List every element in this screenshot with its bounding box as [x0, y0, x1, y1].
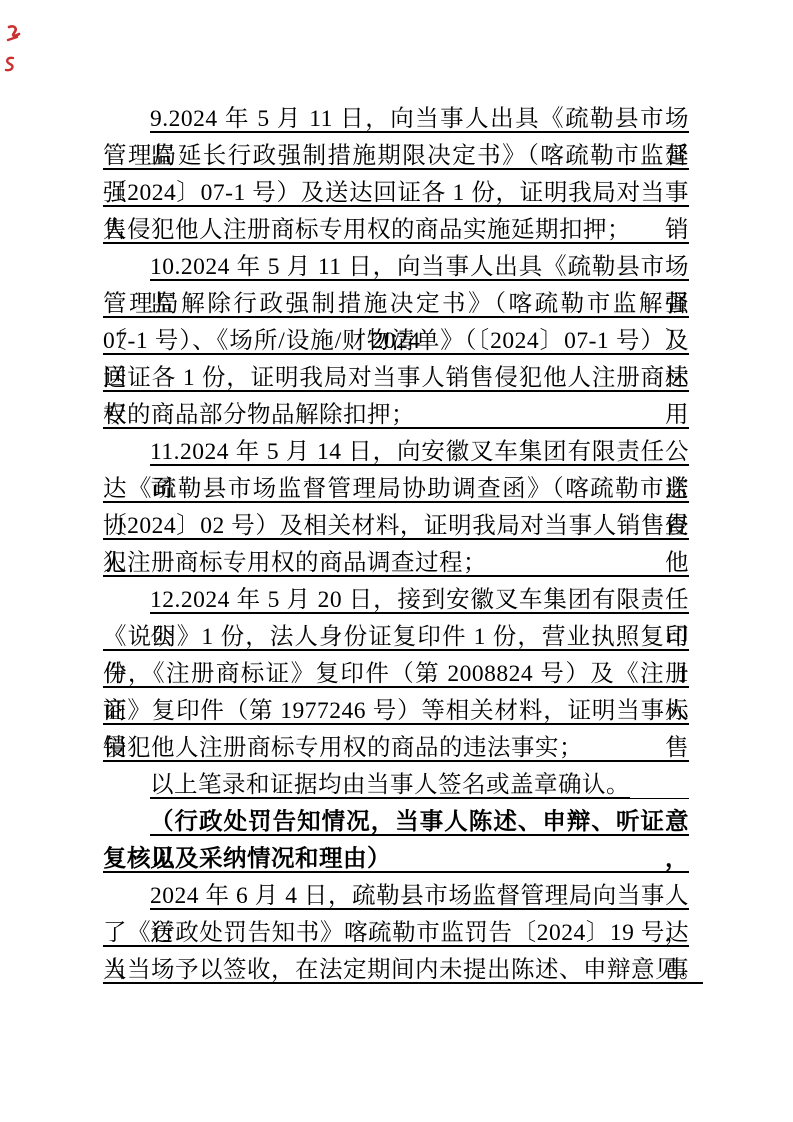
document-line: 2024 年 6 月 4 日，疏勒县市场监督管理局向当事人送达	[103, 878, 689, 915]
document-line: 证》复印件（第 1977246 号）等相关材料，证明当事人销售	[103, 693, 689, 730]
document-line: 回证各 1 份，证明我局对当事人销售侵犯他人注册商标专用	[103, 360, 689, 397]
document-page: 9.2024 年 5 月 11 日，向当事人出具《疏勒县市场监督管理局延长行政强…	[0, 0, 793, 1122]
evidence-item-12: 12.2024 年 5 月 20 日，接到安徽叉车集团有限责任公司《说明》1 份…	[103, 582, 689, 767]
line-text: 以上笔录和证据均由当事人签名或盖章确认。	[150, 767, 630, 804]
document-line: 达《疏勒县市场监督管理局协助调查函》（喀疏勒市监协查	[103, 471, 689, 508]
line-text: 权的商品部分物品解除扣押；	[103, 402, 415, 428]
document-line: 了《行政处罚告知书》喀疏勒市监罚告〔2024〕19 号，当事	[103, 915, 689, 952]
underline-filler	[630, 798, 689, 799]
line-text: 侵犯他人注册商标专用权的商品的违法事实；	[103, 735, 583, 761]
document-line: 〔2024〕02 号）及相关材料，证明我局对当事人销售侵犯他	[103, 508, 689, 545]
underline-filler	[487, 576, 515, 577]
document-line: 9.2024 年 5 月 11 日，向当事人出具《疏勒县市场监督	[103, 101, 689, 138]
document-line: 12.2024 年 5 月 20 日，接到安徽叉车集团有限责任公司	[103, 582, 689, 619]
line-text: 复核以及采纳情况和理由）	[103, 846, 391, 872]
document-line: 07-1 号）、《场所/设施/财物清单》（〔2024〕07-1 号）及送达	[103, 323, 689, 360]
document-line: 11.2024 年 5 月 14 日，向安徽叉车集团有限责任公司送	[103, 434, 689, 471]
red-annotation-mark-2	[2, 55, 18, 75]
document-line: 管理局延长行政强制措施期限决定书》（喀疏勒市监延强	[103, 138, 689, 175]
document-line: 《说明》1 份，法人身份证复印件 1 份，营业执照复印件 1	[103, 619, 689, 656]
section-heading: （行政处罚告知情况，当事人陈述、申辩、听证意见，复核以及采纳情况和理由）	[103, 804, 689, 878]
document-body: 9.2024 年 5 月 11 日，向当事人出具《疏勒县市场监督管理局延长行政强…	[103, 101, 689, 989]
document-line: 份，《注册商标证》复印件（第 2008824 号）及《注册商标	[103, 656, 689, 693]
evidence-item-11: 11.2024 年 5 月 14 日，向安徽叉车集团有限责任公司送达《疏勒县市场…	[103, 434, 689, 582]
underline-filler	[631, 243, 659, 244]
document-line: 以上笔录和证据均由当事人签名或盖章确认。	[103, 767, 689, 804]
confirmation-statement: 以上笔录和证据均由当事人签名或盖章确认。	[103, 767, 689, 804]
underline-filler	[415, 428, 443, 429]
line-text: 人当场予以签收，在法定期间内未提出陈述、申辩意见。	[103, 952, 703, 989]
document-line: 侵犯他人注册商标专用权的商品的违法事实；	[103, 730, 689, 767]
document-line: 人当场予以签收，在法定期间内未提出陈述、申辩意见。	[103, 952, 689, 989]
line-text: 售侵犯他人注册商标专用权的商品实施延期扣押；	[103, 217, 631, 243]
evidence-item-10: 10.2024 年 5 月 11 日，向当事人出具《疏勒县市场监督管理局解除行政…	[103, 249, 689, 434]
red-annotation-mark-1	[5, 24, 23, 46]
evidence-item-9: 9.2024 年 5 月 11 日，向当事人出具《疏勒县市场监督管理局延长行政强…	[103, 101, 689, 249]
document-line: （行政处罚告知情况，当事人陈述、申辩、听证意见，	[103, 804, 689, 841]
underline-filler	[583, 761, 611, 762]
notification-paragraph: 2024 年 6 月 4 日，疏勒县市场监督管理局向当事人送达了《行政处罚告知书…	[103, 878, 689, 989]
document-line: 售侵犯他人注册商标专用权的商品实施延期扣押；	[103, 212, 689, 249]
document-line: 〔2024〕07-1 号）及送达回证各 1 份，证明我局对当事人销	[103, 175, 689, 212]
document-line: 10.2024 年 5 月 11 日，向当事人出具《疏勒县市场监督	[103, 249, 689, 286]
document-line: 管理局解除行政强制措施决定书》（喀疏勒市监解强〔2024〕	[103, 286, 689, 323]
line-text: 人注册商标专用权的商品调查过程；	[103, 550, 487, 576]
